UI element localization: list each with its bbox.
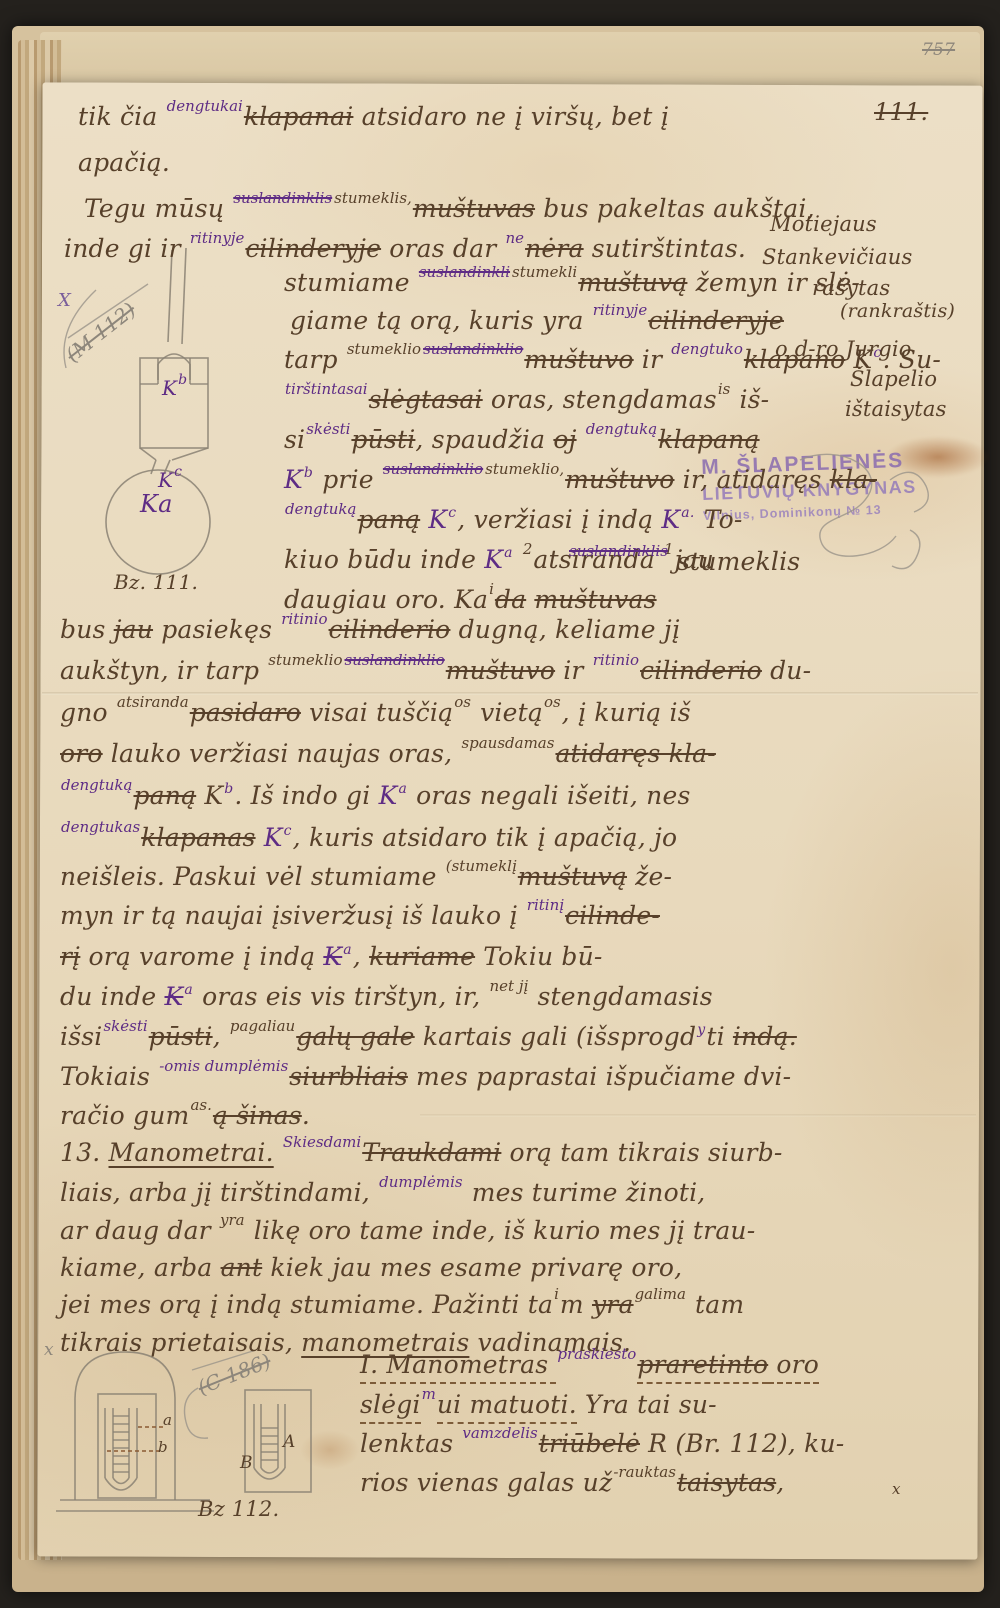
manuscript-line: myn ir tą naujai įsiveržusį iš lauko į r… [60,903,660,929]
manuscript-line: rios vienas galas už-rauktastaisytas, [360,1470,784,1496]
interline-correction: suslandinklis stumeklis [568,549,800,575]
fig2-caption: Bz 112. [198,1498,279,1520]
manuscript-line: dengtukąpaną Kb. Iš indo gi Ka oras nega… [60,783,690,809]
manuscript-line: račio gumas.ą šinas. [60,1103,310,1129]
margin-note: o d-ro Jurgio [775,338,912,360]
margin-note: Stankevičiaus [762,246,913,268]
manuscript-line: slėgimui matuoti. Yra tai su- [360,1392,717,1418]
manuscript-line: kiame, arba ant kiek jau mes esame priva… [60,1255,682,1281]
fig1-label-kb: Kb [162,378,188,399]
underlying-page-number: 757 [922,42,955,60]
manuscript-line: Kb prie suslandinkliostumeklio,muštuvo i… [284,467,877,493]
manuscript-line: I. Manometras praskiestopraretinto oro [360,1352,819,1378]
margin-note: (rankraštis) [840,302,955,322]
fig1-label-ka: Ka [140,492,173,517]
manuscript-line: jei mes orą į indą stumiame. Pažinti tai… [60,1292,744,1318]
manuscript-line: du inde Ka oras eis vis tirštyn, ir, net… [60,984,713,1010]
manuscript-line: dengtukąpaną Kc, veržiasi į indą Ka. To- [284,507,742,533]
manuscript-line: lenktas vamzdelistriūbelė R (Br. 112), k… [360,1431,844,1457]
fig2-pencil-note: (C 186) [195,1350,274,1398]
manuscript-line: Tokiais -omis dumplėmissiurbliais mes pa… [60,1064,791,1090]
scanned-manuscript-photo: { "stamp": { "line1": "M. ŠLAPELIENĖS", … [0,0,1000,1608]
manuscript-line: inde gi ir ritinyjecilinderyje oras dar … [64,236,746,262]
margin-note: Šlapelio [850,368,937,390]
manuscript-line: bus jau pasiekęs ritiniocilinderio dugną… [60,617,680,643]
manuscript-line: dengtukasklapanas Kc, kuris atsidaro tik… [60,825,677,851]
fig1-pencil-note: (M 112) [62,299,140,366]
margin-note: ištaisytas [845,398,947,420]
manuscript-line: aukštyn, ir tarp stumekliosuslandinkliom… [60,658,811,684]
margin-note: rašytas [812,277,890,299]
manuscript-line: giame tą orą, kuris yra ritinyjecilinder… [290,308,784,334]
manuscript-line: Tegu mūsų suslandinklisstumeklis,muštuva… [84,196,815,222]
manuscript-line: oro lauko veržiasi naujas oras, spausdam… [60,741,716,767]
fig2-label-a: a [163,1413,172,1429]
manuscript-line: stumiame suslandinklistumeklimuštuvą žem… [284,270,860,296]
manuscript-line: gno atsirandapasidaro visai tuščiąos vie… [60,700,691,726]
fig1-caption: Bz. 111. [114,572,198,593]
manuscript-line: apačią. [78,150,170,176]
fig2-x-mark: x [44,1342,54,1360]
fig2-label-A: A [283,1434,295,1452]
manuscript-line: daugiau oro. Kaida muštuvas [284,587,657,613]
corner-x-mark: x [892,1482,901,1498]
manuscript-line: siskėstipūsti, spaudžia oj dengtukąklapa… [284,427,760,453]
manuscript-line: tirštintasaislėgtasai oras, stengdamasis… [284,387,769,413]
manuscript-line: ar daug dar yra likę oro tame inde, iš k… [60,1218,755,1244]
fig2-label-B: B [240,1455,253,1473]
fig1-x-mark: X [58,292,71,311]
manuscript-line: tik čia dengtukaiklapanai atsidaro ne į … [78,104,669,130]
margin-note: Motiejaus [770,213,877,235]
manuscript-line: 13. Manometrai. SkiesdamiTraukdami orą t… [60,1140,783,1166]
text-layer: 111.757tik čia dengtukaiklapanai atsidar… [0,0,1000,1608]
manuscript-line: rį orą varome į indą Ka, kuriame Tokiu b… [60,944,603,970]
manuscript-line: liais, arba jį tirštindami, dumplėmis me… [60,1180,705,1206]
manuscript-line: neišleis. Paskui vėl stumiame (stumeklįm… [60,864,672,890]
fig1-label-kc: Kc [158,470,183,491]
manuscript-line: išsiskėstipūsti, pagaliaugalų gale karta… [60,1024,797,1050]
page-number: 111. [874,100,928,125]
fig2-label-b: b [158,1440,168,1456]
